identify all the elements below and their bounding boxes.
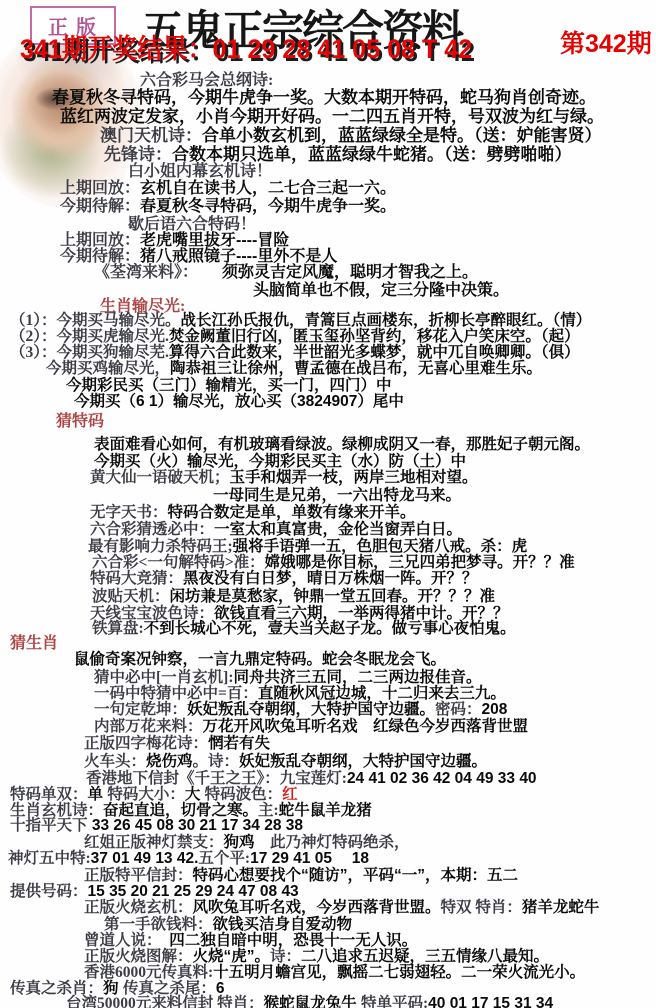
- text-segment: 正版四字梅花诗：: [84, 735, 208, 752]
- tema-wuxing: 今期买（火）输尽光，今期彩民买主（水）防（土）中: [94, 453, 466, 470]
- text-segment: 四二独自暗中明，恐畏十一无人识。: [154, 932, 418, 949]
- text-segment: 二八追求五迟疑，三五情缘八最知。: [301, 948, 549, 965]
- text-segment: 鼠偷奇案况钟察，一言九鼎定特码。蛇会冬眠龙会飞。: [74, 651, 446, 668]
- text-segment: 焚金阙董旧行凶，匿玉玺孙坚背约，移花入户笑床空。（起）: [169, 328, 580, 345]
- text-segment: 此乃神灯特码绝杀，: [255, 834, 410, 851]
- huoshao-xuanji: 正版火烧玄机：风吹兔耳听名戏，今岁西落背世盟。特双 特肖：猪羊龙蛇牛: [84, 899, 599, 916]
- text-segment: 208: [482, 701, 508, 718]
- text-segment: 正版火烧玄机：: [84, 899, 193, 916]
- text-segment: 红: [282, 786, 298, 803]
- text-segment: 《荃湾来料》：: [94, 264, 190, 281]
- text-segment: 密码：: [435, 701, 482, 718]
- text-segment: 火烧“虎”。: [193, 948, 271, 965]
- text-segment: 欲钱买洁身自爱动物: [213, 916, 353, 933]
- text-segment: 一码中特猜中必中=百：: [94, 685, 258, 702]
- quanwan-material-2: 头脑简单也不假，定三分隆中决策。: [253, 282, 509, 300]
- text-segment: 妖妃叛乱夺朝纲，大特护国守边疆。: [239, 753, 487, 770]
- text-segment: 今期买（火）输尽光，今期彩民买主（水）防（土）中: [94, 453, 466, 470]
- text-segment: 玄机自在读书人，二七合三起一六。: [140, 180, 396, 197]
- shizhi-pingtianxia: 十指平天下 33 26 45 08 30 21 17 34 28 38: [10, 817, 303, 834]
- text-segment: 33 26 45 08 30 21 17 34 28 38: [88, 817, 303, 834]
- text-segment: 六合彩马会总纲诗:: [140, 72, 273, 89]
- issue-number: 第342期: [560, 24, 652, 60]
- text-segment: 猜中必中[一肖玄机]:: [94, 669, 234, 686]
- text-segment: 猪羊龙蛇牛: [522, 899, 600, 916]
- text-segment: 不到长城心不死，壹夫当关赵子龙。做亏事心夜怕鬼。: [144, 620, 516, 637]
- quanwan-material: 《荃湾来料》： 须弥灵吉定风魔，聪明才智我之上。: [94, 264, 478, 282]
- text-segment: 闲坊兼是莫愁家，钟鼎一堂五回春。开？？？准: [170, 588, 496, 605]
- shujinguang-item-2: （2）：今期买虎输尽光.焚金阙董旧行凶，匿玉玺孙坚背约，移花入户笑床空。（起）: [10, 328, 580, 345]
- text-segment: 单: [88, 786, 108, 803]
- text-segment: 黑夜没有白日梦，晴日万株烟一阵。开？？: [183, 570, 478, 587]
- text-segment: 最有影响力杀特码王;: [88, 538, 233, 555]
- text-segment: 老虎嘴里拔牙----冒险: [140, 232, 289, 249]
- text-segment: 第一手欲钱料：: [104, 916, 213, 933]
- text-segment: 曾道人说：: [84, 932, 154, 949]
- huangdaxian: 黄大仙一语破天机；玉手和烟弄一枝，两岸三地相对望。: [90, 469, 478, 486]
- text-segment: 。诗：: [193, 753, 240, 770]
- lottery-tip-sheet: 正版 五鬼正宗综合资料 第342期 341期开奖结果：01 29 28 41 0…: [0, 0, 656, 1008]
- last-issue-replay-1: 上期回放：玄机自在读书人，二七合三起一六。: [60, 180, 396, 198]
- tw-50000-xinfeng: 台湾50000元来料信封 特肖：猴蛇鼠龙兔牛 特单平码:40 01 17 15 …: [66, 995, 553, 1008]
- text-segment: 特码单双：: [10, 786, 88, 803]
- text-segment: 算得六合此数来，半世韶光多蝶梦，就中兀自唤卿卿。（俱）: [169, 344, 580, 361]
- huochetou: 火车头：烧伤鸡。诗：妖妃叛乱夺朝纲，大特护国守边疆。: [84, 753, 487, 770]
- general-poem-1: 春夏秋冬寻特码，今期牛虎争一奖。大数本期开特码，蛇马狗肖创奇迹。: [52, 88, 596, 107]
- tema-attributes: 特码单双：单 特码大小：大 特码波色：红: [10, 786, 298, 803]
- baixiaojie-title: 白小姐内幕玄机诗！: [128, 163, 272, 181]
- yixiao-xuanji: 猜中必中[一肖玄机]:同舟共济三五同，二三两边报佳音。: [94, 669, 482, 686]
- text-segment: 香港6000元传真料:: [84, 964, 213, 981]
- text-segment: 同舟共济三五同，二三两边报佳音。: [234, 669, 482, 686]
- text-segment: 表面难看心如何，有机玻璃看绿波。绿柳成阴又一春，那胜妃子朝元阁。: [94, 436, 590, 453]
- text-segment: 上期回放：: [60, 180, 140, 197]
- text-segment: 六合彩<一句解特码>准：: [92, 554, 265, 571]
- text-segment: 15 35 20 21 25 29 24 47 08 43: [88, 883, 299, 900]
- text-segment: 今期买（6 1）输尽光，放心买（3824907）尾中: [74, 393, 404, 410]
- text-segment: （2）：今期买虎输尽光.: [10, 328, 169, 345]
- shendeng-wuzhongte: 神灯五中特:37 01 49 13 42.五个平:17 29 41 05 18: [8, 850, 369, 867]
- shujinguang-doors: 今期彩民买（三门）输精光，买一门，四门）中: [66, 377, 392, 394]
- text-segment: 内部万花来料：: [94, 718, 203, 735]
- this-issue-pending-1: 今期待解：春夏秋冬寻特码，今期牛虎争一奖。: [60, 198, 396, 216]
- text-segment: 17 29 41 05 18: [250, 850, 369, 867]
- text-segment: 提供号码：: [10, 883, 88, 900]
- text-segment: 一室太和真富贵，金伦当窗弄白日。: [214, 521, 462, 538]
- shujinguang-tails: 今期买（6 1）输尽光，放心买（3824907）尾中: [74, 393, 404, 410]
- text-segment: 火车头：: [84, 753, 146, 770]
- hongjie-shendeng: 红姐正版神灯禁支：狗鸡 此乃神灯特码绝杀，: [84, 834, 410, 851]
- guess-tema-heading: 猜特码: [56, 413, 104, 431]
- yima-zhongte: 一码中特猜中必中=百：直随秋风冠边城，十二归来去三九。: [94, 685, 506, 702]
- text-segment: 大: [185, 786, 205, 803]
- shujinguang-item-1: （1）：今期买马输尽光。战长江孙氏报仇，青篙巨点画楼东，折柳长亭醉眼红。（情）: [10, 312, 591, 329]
- text-segment: 特肖：: [217, 995, 264, 1008]
- text-segment: 头脑简单也不假，定三分隆中决策。: [253, 282, 509, 299]
- text-segment: 特码大竞猜：: [90, 570, 183, 587]
- text-segment: 春夏秋冬寻特码，今期牛虎争一奖。大数本期开特码，蛇马狗肖创奇迹。: [52, 88, 596, 107]
- text-segment: 战长江孙氏报仇，青篙巨点画楼东，折柳长亭醉眼红。（情）: [181, 312, 592, 329]
- text-segment: 猪八戒照镜子----里外不是人: [140, 248, 337, 265]
- text-segment: 37 01 49 13 42.: [91, 850, 199, 867]
- text-segment: 十五明月蟾宫见，飘摇二七弱翅轻。二一荣火流光小。: [213, 964, 585, 981]
- text-segment: 惘若有失: [208, 735, 270, 752]
- meihua-poem: 正版四字梅花诗：惘若有失: [84, 735, 270, 752]
- text-segment: 红姐正版神灯禁支：: [84, 834, 224, 851]
- shujinguang-item-3: （3）：今期买狗输尽芜.算得六合此数来，半世韶光多蝶梦，就中兀自唤卿卿。（俱）: [10, 344, 580, 361]
- tema-dajingcai: 特码大竞猜：黑夜没有白日梦，晴日万株烟一阵。开？？: [90, 570, 478, 587]
- text-segment: 一母同生是兄弟，一六出特龙马来。: [213, 487, 461, 504]
- text-segment: 五个平:: [198, 850, 250, 867]
- text-segment: 一句定乾坤：: [94, 701, 187, 718]
- caitou-bizhong: 六合彩猜透必中：一室太和真富贵，金伦当窗弄白日。: [90, 521, 462, 538]
- yiju-qiankun: 一句定乾坤：妖妃叛乱夺朝纲，大特护国守边疆。密码：208: [94, 701, 507, 718]
- text-segment: 台湾50000元来料信封: [66, 995, 217, 1008]
- pioneer-poem: 先锋诗：合数本期只选单，蓝蓝绿绿牛蛇猪。（送：劈劈啪啪）: [104, 145, 572, 164]
- text-segment: 诗：: [270, 948, 301, 965]
- diyishou-yuqian: 第一手欲钱料：欲钱买洁身自爱动物: [104, 916, 352, 933]
- yiju-jietema: 六合彩<一句解特码>准：嫦娥哪是你目标，三兄四弟把梦寻。开？？准: [92, 554, 575, 571]
- tema-poem-1: 表面难看心如何，有机玻璃看绿波。绿柳成阴又一春，那胜妃子朝元阁。: [94, 436, 590, 453]
- text-segment: 直随秋风冠边城，十二归来去三九。: [258, 685, 506, 702]
- text-segment: 正版特平信封：: [84, 867, 193, 884]
- text-segment: 特单平码:: [361, 995, 428, 1008]
- huoshao-tujie: 正版火烧图解：火烧“虎”。诗：二八追求五迟疑，三五情缘八最知。: [84, 948, 549, 965]
- text-segment: 香港地下信封《千王之王》：: [86, 770, 280, 787]
- text-segment: （3）：今期买狗输尽芜.: [10, 344, 169, 361]
- text-segment: 春夏秋冬寻特码，今期牛虎争一奖。: [140, 198, 396, 215]
- text-segment: 六合彩猜透必中：: [90, 521, 214, 538]
- text-segment: 嫦娥哪是你目标，三兄四弟把梦寻。开？？准: [265, 554, 575, 571]
- text-segment: 先锋诗：: [104, 145, 172, 164]
- text-segment: 铁算盘:: [92, 620, 144, 637]
- hk-dixia-xinfeng: 香港地下信封《千王之王》：九宝莲灯:24 41 02 36 42 04 49 3…: [86, 770, 537, 787]
- text-segment: 万花开风吹兔耳听名戏 红绿色今岁西落背世盟: [203, 718, 529, 735]
- text-segment: 九宝莲灯:: [280, 770, 347, 787]
- text-segment: 猜生肖: [10, 635, 58, 652]
- wuzi-tianshu: 无字天书：特码合数定是单，单数有缘来开羊。: [90, 504, 416, 521]
- text-segment: 合数本期只选单，蓝蓝绿绿牛蛇猪。（送：劈劈啪啪）: [172, 145, 572, 164]
- text-segment: 上期回放：: [60, 232, 140, 249]
- shengxiao-poem: 鼠偷奇案况钟察，一言九鼎定特码。蛇会冬眠龙会飞。: [74, 651, 446, 668]
- text-segment: 猜特码: [56, 413, 104, 430]
- text-segment: 无字天书：: [90, 504, 168, 521]
- huangdaxian-2: 一母同生是兄弟，一六出特龙马来。: [213, 487, 461, 504]
- text-segment: 蓝红两波定发家，小肖今期开好码。一二四五肖开特，号双波为红与绿。: [60, 107, 604, 126]
- text-segment: 40 01 17 15 31 34: [428, 995, 553, 1008]
- text-segment: 陶恭祖三让徐州，曹孟德在战吕布，无喜心里难生乐。: [170, 360, 542, 377]
- text-segment: 正版火烧图解：: [84, 948, 193, 965]
- text-segment: 强将手语弹一五，色胆包天猪八戒。杀：虎: [233, 538, 528, 555]
- hk-6000-fax: 香港6000元传真料:十五明月蟾宫见，飘摇二七弱翅轻。二一荣火流光小。: [84, 964, 585, 981]
- text-segment: 特码合数定是单，单数有缘来开羊。: [168, 504, 416, 521]
- tiesuanpan: 铁算盘:不到长城心不死，壹夫当关赵子龙。做亏事心夜怕鬼。: [92, 620, 516, 637]
- text-segment: 神灯五中特:: [8, 850, 91, 867]
- tigong-haoma: 提供号码：15 35 20 21 25 29 24 47 08 43: [10, 883, 299, 900]
- text-segment: 妖妃叛乱夺朝纲，大特护国守边疆。: [187, 701, 435, 718]
- text-segment: 须弥灵吉定风魔，聪明才智我之上。: [222, 264, 478, 281]
- text-segment: 特码波色：: [205, 786, 283, 803]
- text-segment: 特码心想要找个“随访”，平码“一”，本期：五二: [193, 867, 519, 884]
- neibu-wanhua: 内部万花来料：万花开风吹兔耳听名戏 红绿色今岁西落背世盟: [94, 718, 528, 735]
- text-segment: 猴蛇鼠龙兔牛: [264, 995, 361, 1008]
- macau-tianji-poem: 澳门天机诗：合单小数玄机到，蓝蓝绿绿全是特。（送：妒能害贤）: [100, 126, 602, 145]
- text-segment: 今期彩民买（三门）输精光，买一门，四门）中: [66, 377, 392, 394]
- zengdaoren: 曾道人说： 四二独自暗中明，恐畏十一无人识。: [84, 932, 417, 949]
- text-segment: 特双 特肖：: [441, 899, 522, 916]
- text-segment: 黄大仙一语破天机；: [90, 469, 230, 486]
- text-segment: [190, 264, 222, 281]
- text-segment: 澳门天机诗：: [100, 126, 202, 145]
- botie-tianji: 波贴天机：闲坊兼是莫愁家，钟鼎一堂五回春。开？？？准: [92, 588, 495, 605]
- previous-result-banner: 341期开奖结果：01 29 28 41 05 08 T 42: [20, 27, 472, 66]
- text-segment: 歇后语六合特码！: [128, 216, 256, 233]
- text-segment: 今期买鸡输尽光，: [46, 360, 170, 377]
- text-segment: 24 41 02 36 42 04 49 33 40: [347, 770, 537, 787]
- text-segment: 十指平天下: [10, 817, 88, 834]
- text-segment: 今期待解：: [60, 248, 140, 265]
- text-segment: 今期待解：: [60, 198, 140, 215]
- general-poem-2: 蓝红两波定发家，小肖今期开好码。一二四五肖开特，号双波为红与绿。: [60, 107, 604, 126]
- guess-shengxiao-heading: 猜生肖: [10, 635, 58, 653]
- sha-tema-wang: 最有影响力杀特码王;强将手语弹一五，色胆包天猪八戒。杀：虎: [88, 538, 527, 555]
- text-segment: 玉手和烟弄一枝，两岸三地相对望。: [230, 469, 478, 486]
- text-segment: 特码大小：: [107, 786, 185, 803]
- text-segment: 风吹兔耳听名戏，今岁西落背世盟。: [193, 899, 441, 916]
- text-segment: 合单小数玄机到，蓝蓝绿绿全是特。（送：妒能害贤）: [202, 126, 602, 145]
- text-segment: 狗鸡: [224, 834, 255, 851]
- text-segment: 波贴天机：: [92, 588, 170, 605]
- shujinguang-item-4: 今期买鸡输尽光，陶恭祖三让徐州，曹孟德在战吕布，无喜心里难生乐。: [46, 360, 542, 377]
- text-segment: （1）：今期买马输尽光。: [10, 312, 181, 329]
- text-segment: 白小姐内幕玄机诗！: [128, 163, 272, 180]
- text-segment: 烧伤鸡: [146, 753, 193, 770]
- teping-xinfeng: 正版特平信封：特码心想要找个“随访”，平码“一”，本期：五二: [84, 867, 518, 884]
